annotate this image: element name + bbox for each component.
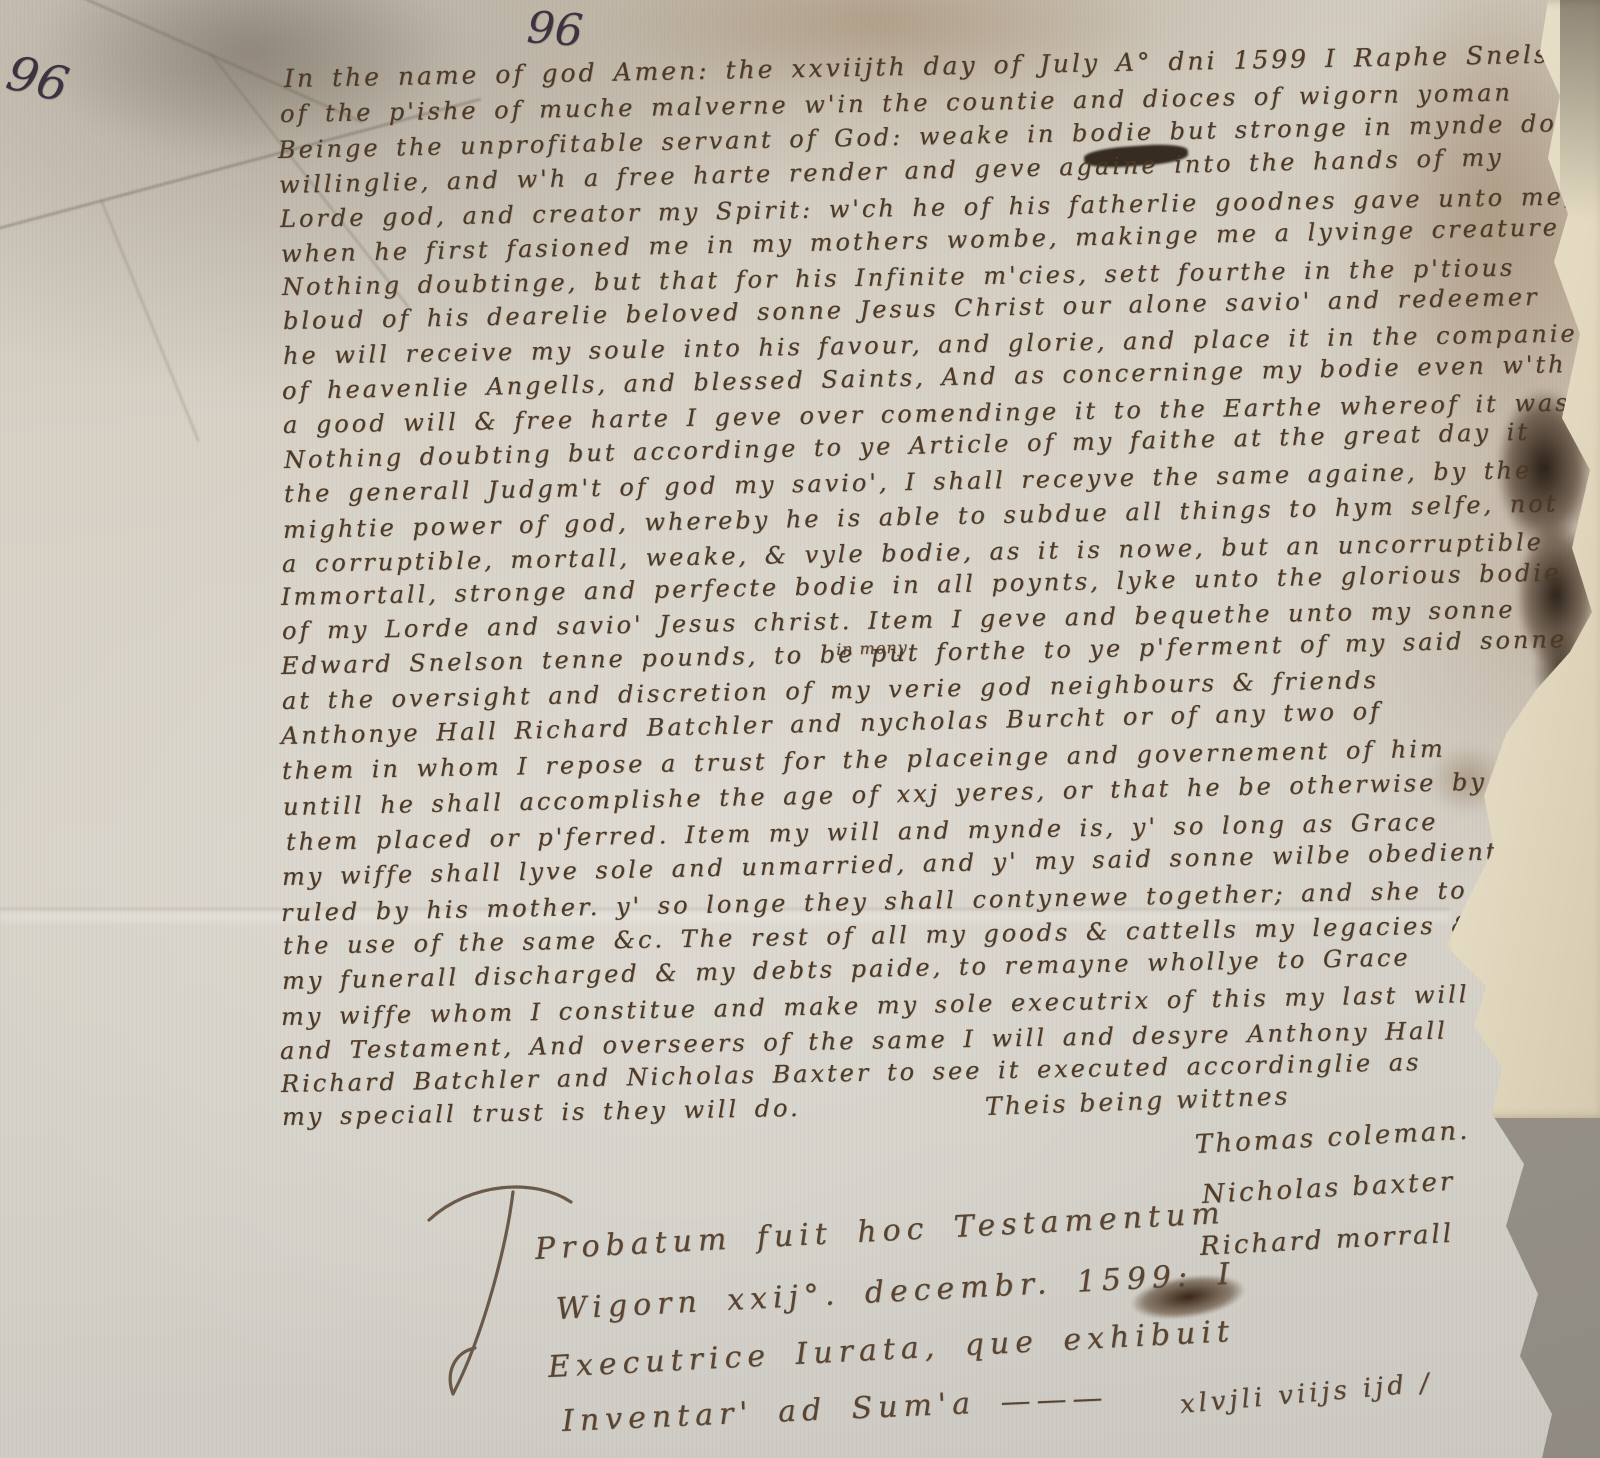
manuscript-line: my speciall trust is they will do. xyxy=(282,1094,801,1131)
photograph-of-manuscript: { "document": { "folio_number_margin": "… xyxy=(0,0,1600,1458)
crease-line xyxy=(100,200,199,442)
manuscript-page: 96 96 In the name of god Amen: the xxvii… xyxy=(0,0,1600,1458)
probate-inventory-sum: xlvjli viijs ijd / xyxy=(1179,1368,1434,1420)
probate-line: Probatum fuit hoc Testamentum xyxy=(534,1196,1226,1267)
probate-line: Executrice Iurata, que exhibuit xyxy=(547,1314,1236,1385)
witness-signature: Richard morrall xyxy=(1199,1219,1455,1262)
probate-line: Inventar' ad Sum'a ——— xyxy=(561,1380,1109,1439)
torn-edge-shadow xyxy=(1560,0,1600,220)
folio-number-margin: 96 xyxy=(1,45,74,114)
folio-number-top: 96 xyxy=(525,2,584,57)
probate-line: Wigorn xxij°. decembr. 1599: I xyxy=(555,1256,1236,1327)
witness-heading: Theis being wittnes xyxy=(984,1081,1290,1121)
witness-signature: Thomas coleman. xyxy=(1194,1116,1471,1160)
witness-signature: Nicholas baxter xyxy=(1201,1167,1456,1210)
